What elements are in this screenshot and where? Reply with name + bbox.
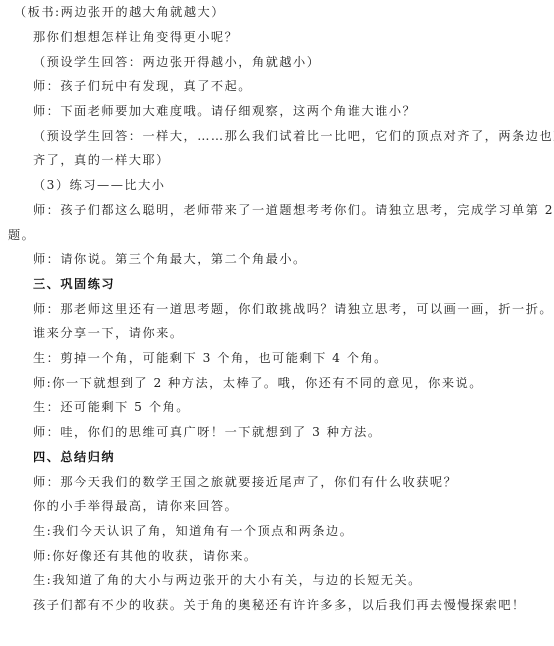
section-heading-summary: 四、总结归纳: [33, 449, 115, 465]
teacher-line: 师:你好像还有其他的收获，请你来。: [33, 548, 258, 564]
expected-answer: （预设学生回答：两边张开得越小，角就越小）: [33, 54, 320, 70]
teacher-line: 师:你一下就想到了 2 种方法，太棒了。哦，你还有不同的意见，你来说。: [33, 375, 483, 391]
teacher-line-continued: 题。: [8, 227, 35, 243]
teacher-line: 师：孩子们都这么聪明，老师带来了一道题想考考你们。请独立思考，完成学习单第 2: [33, 202, 554, 218]
subsection-heading: （3）练习——比大小: [33, 177, 165, 193]
expected-answer-continued: 齐了，真的一样大耶）: [33, 152, 170, 168]
teacher-question: 那你们想想怎样让角变得更小呢？: [33, 29, 238, 45]
teacher-line: 师：哇，你们的思维可真广呀！一下就想到了 3 种方法。: [33, 424, 382, 440]
teacher-line: 你的小手举得最高，请你来回答。: [33, 498, 238, 514]
student-line: 生：还可能剩下 5 个角。: [33, 399, 190, 415]
student-line: 生：剪掉一个角，可能剩下 3 个角，也可能剩下 4 个角。: [33, 350, 388, 366]
section-heading-consolidation: 三、巩固练习: [33, 276, 115, 292]
teacher-line: 师：那今天我们的数学王国之旅就要接近尾声了，你们有什么收获呢？: [33, 474, 457, 490]
board-note: （板书:两边张开的越大角就越大）: [14, 4, 225, 20]
teacher-line: 谁来分享一下，请你来。: [33, 325, 184, 341]
teacher-line: 师：孩子们玩中有发现，真了不起。: [33, 78, 252, 94]
expected-answer: （预设学生回答：一样大，……那么我们试着比一比吧，它们的顶点对齐了，两条边也对: [33, 128, 554, 144]
student-line: 生:我知道了角的大小与两边张开的大小有关，与边的长短无关。: [33, 572, 422, 588]
teacher-line: 师：下面老师要加大难度哦。请仔细观察，这两个角谁大谁小？: [33, 103, 416, 119]
teacher-line: 师：请你说。第三个角最大，第二个角最小。: [33, 251, 307, 267]
document-page: （板书:两边张开的越大角就越大） 那你们想想怎样让角变得更小呢？ （预设学生回答…: [0, 0, 554, 646]
student-line: 生:我们今天认识了角，知道角有一个顶点和两条边。: [33, 523, 353, 539]
closing-line: 孩子们都有不少的收获。关于角的奥秘还有许许多多，以后我们再去慢慢探索吧！: [33, 597, 526, 613]
teacher-line: 师：那老师这里还有一道思考题，你们敢挑战吗？请独立思考，可以画一画，折一折。: [33, 301, 553, 317]
